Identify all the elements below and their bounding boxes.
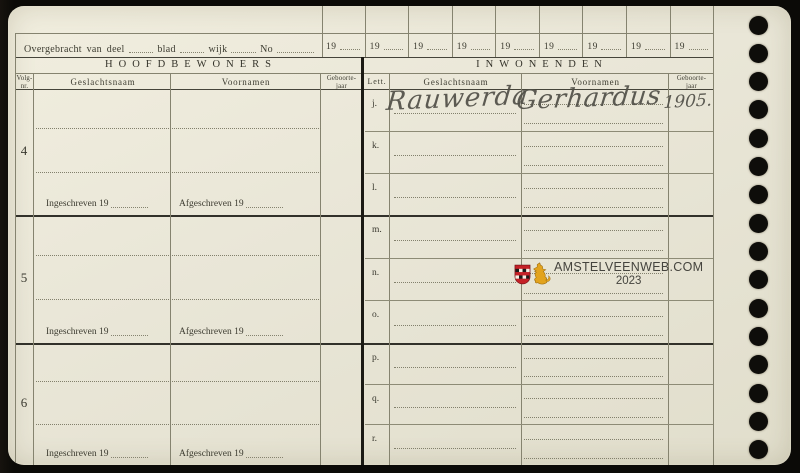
watermark-site: AMSTELVEENWEB.COM (554, 261, 703, 275)
dotted-line (514, 49, 534, 50)
dotted-line (129, 51, 154, 53)
watermark-logo: AMSTELVEENWEB.COM 2023 (514, 261, 703, 287)
volgnummer: 4 (15, 143, 33, 159)
year-cell: 19 (322, 6, 365, 57)
dotted-writing-line (394, 197, 516, 198)
afgeschreven-label: Afgeschreven 19 (179, 450, 283, 460)
dotted-writing-line (524, 439, 663, 440)
punch-hole (749, 16, 768, 35)
inwonende-row: q. (365, 384, 713, 426)
year-cell: 19 (452, 6, 496, 57)
inwonende-row: k. (365, 131, 713, 174)
letter-label: n. (372, 269, 379, 279)
column-header-geslachtsnaam: Geslachtsnaam (36, 78, 170, 87)
year-cell-label: 19 (631, 43, 642, 53)
dotted-writing-line (524, 250, 663, 251)
punch-hole (749, 157, 768, 176)
dotted-line (111, 456, 148, 458)
year-cell-label: 19 (544, 43, 555, 53)
dotted-line (180, 51, 205, 53)
dotted-line (689, 49, 709, 50)
lion-icon (532, 262, 551, 286)
letter-label: r. (372, 435, 377, 445)
year-cell-label: 19 (675, 43, 686, 53)
dotted-writing-line (36, 424, 321, 425)
rule (15, 73, 713, 74)
letter-label: o. (372, 311, 379, 321)
dotted-line (558, 49, 578, 50)
dotted-line (471, 49, 491, 50)
year-cell-label: 19 (500, 43, 511, 53)
dotted-line (246, 456, 283, 458)
dotted-writing-line (524, 417, 663, 418)
year-cell: 19 (495, 6, 539, 57)
year-cell-label: 19 (370, 43, 381, 53)
inwonende-row: o. (365, 300, 713, 343)
hoofdbewoner-group: 4 Ingeschreven 19 Afgeschreven 19 (15, 89, 365, 215)
dotted-writing-line (524, 293, 663, 294)
dotted-writing-line (524, 316, 663, 317)
dotted-line (111, 206, 148, 208)
dotted-line (340, 49, 360, 50)
inwonenden-title: INWONENDEN (365, 60, 713, 73)
punch-hole (749, 44, 768, 63)
dotted-writing-line (524, 398, 663, 399)
handwritten-voornamen: Gerhardus (515, 83, 662, 114)
year-cell: 19 (539, 6, 583, 57)
dotted-line (111, 334, 148, 336)
dotted-writing-line (524, 188, 663, 189)
dotted-writing-line (524, 123, 663, 124)
year-cell: 19 (626, 6, 670, 57)
inwonende-row: r. (365, 424, 713, 465)
dotted-writing-line (524, 207, 663, 208)
punch-hole (749, 355, 768, 374)
column-header-voornamen: Voornamen (172, 78, 320, 87)
dotted-writing-line (36, 128, 321, 129)
punch-hole (749, 412, 768, 431)
letter-label: j. (372, 100, 377, 110)
dotted-writing-line (394, 325, 516, 326)
dotted-writing-line (524, 358, 663, 359)
punch-hole (749, 384, 768, 403)
handwritten-geslachtsnaam: Rauwerda (385, 83, 530, 115)
dotted-writing-line (394, 240, 516, 241)
blad-label: blad (157, 45, 175, 55)
wijk-label: wijk (208, 45, 227, 55)
dotted-line (384, 49, 404, 50)
inwonende-row: p. (365, 343, 713, 385)
dotted-writing-line (394, 282, 516, 283)
dotted-writing-line (524, 146, 663, 147)
amstelveen-shield-icon (514, 264, 531, 285)
letter-label: k. (372, 142, 379, 152)
register-card: Overgebracht van deel blad wijk No 19 19… (8, 6, 791, 465)
year-cell: 19 (670, 6, 714, 57)
dotted-line (246, 206, 283, 208)
year-cell: 19 (365, 6, 409, 57)
punch-hole (749, 214, 768, 233)
year-cell-label: 19 (413, 43, 424, 53)
no-label: No (260, 45, 273, 55)
dotted-line (246, 334, 283, 336)
punch-hole (749, 72, 768, 91)
volgnummer: 6 (15, 395, 33, 411)
transfer-row: Overgebracht van deel blad wijk No (24, 39, 318, 55)
ingeschreven-label: Ingeschreven 19 (46, 328, 148, 338)
letter-label: q. (372, 395, 379, 405)
year-cell: 19 (582, 6, 626, 57)
punch-hole (749, 129, 768, 148)
year-columns: 19 19 19 19 19 19 19 19 19 (322, 6, 713, 57)
afgeschreven-label: Afgeschreven 19 (179, 328, 283, 338)
dotted-writing-line (36, 172, 321, 173)
dotted-writing-line (524, 458, 663, 459)
dotted-line (645, 49, 665, 50)
hoofdbewoners-title: HOOFDBEWONERS (15, 60, 361, 73)
transfer-label: Overgebracht van deel (24, 45, 125, 55)
dotted-writing-line (36, 299, 321, 300)
column-header-lett: Lett. (365, 78, 389, 86)
hoofdbewoner-group: 5 Ingeschreven 19 Afgeschreven 19 (15, 215, 365, 343)
letter-label: p. (372, 354, 379, 364)
dotted-writing-line (394, 367, 516, 368)
handwritten-geboortejaar: 1905. (663, 92, 712, 112)
watermark-year: 2023 (554, 275, 703, 288)
ingeschreven-label: Ingeschreven 19 (46, 450, 148, 460)
volgnummer: 5 (15, 270, 33, 286)
year-cell-label: 19 (457, 43, 468, 53)
dotted-writing-line (524, 376, 663, 377)
letter-label: l. (372, 184, 377, 194)
punch-hole (749, 242, 768, 261)
punch-hole (749, 100, 768, 119)
punch-hole (749, 185, 768, 204)
rule (713, 6, 714, 465)
dotted-line (277, 51, 314, 53)
dotted-writing-line (524, 230, 663, 231)
dotted-line (231, 51, 256, 53)
inwonende-row: j. Rauwerda Gerhardus 1905. (365, 89, 713, 132)
year-cell-label: 19 (587, 43, 598, 53)
punch-hole (749, 299, 768, 318)
year-cell: 19 (408, 6, 452, 57)
dotted-writing-line (36, 381, 321, 382)
dotted-line (427, 49, 447, 50)
inwonende-row: m. (365, 215, 713, 259)
dotted-line (601, 49, 621, 50)
punch-hole (749, 440, 768, 459)
inwonende-row: l. (365, 173, 713, 215)
ingeschreven-label: Ingeschreven 19 (46, 200, 148, 210)
dotted-writing-line (394, 155, 516, 156)
dotted-writing-line (36, 255, 321, 256)
punch-hole (749, 270, 768, 289)
dotted-writing-line (394, 448, 516, 449)
dotted-writing-line (394, 407, 516, 408)
dotted-writing-line (524, 165, 663, 166)
afgeschreven-label: Afgeschreven 19 (179, 200, 283, 210)
hoofdbewoner-group: 6 Ingeschreven 19 Afgeschreven 19 (15, 343, 365, 465)
year-cell-label: 19 (326, 43, 337, 53)
punch-hole (749, 327, 768, 346)
letter-label: m. (372, 226, 382, 236)
dotted-writing-line (524, 335, 663, 336)
